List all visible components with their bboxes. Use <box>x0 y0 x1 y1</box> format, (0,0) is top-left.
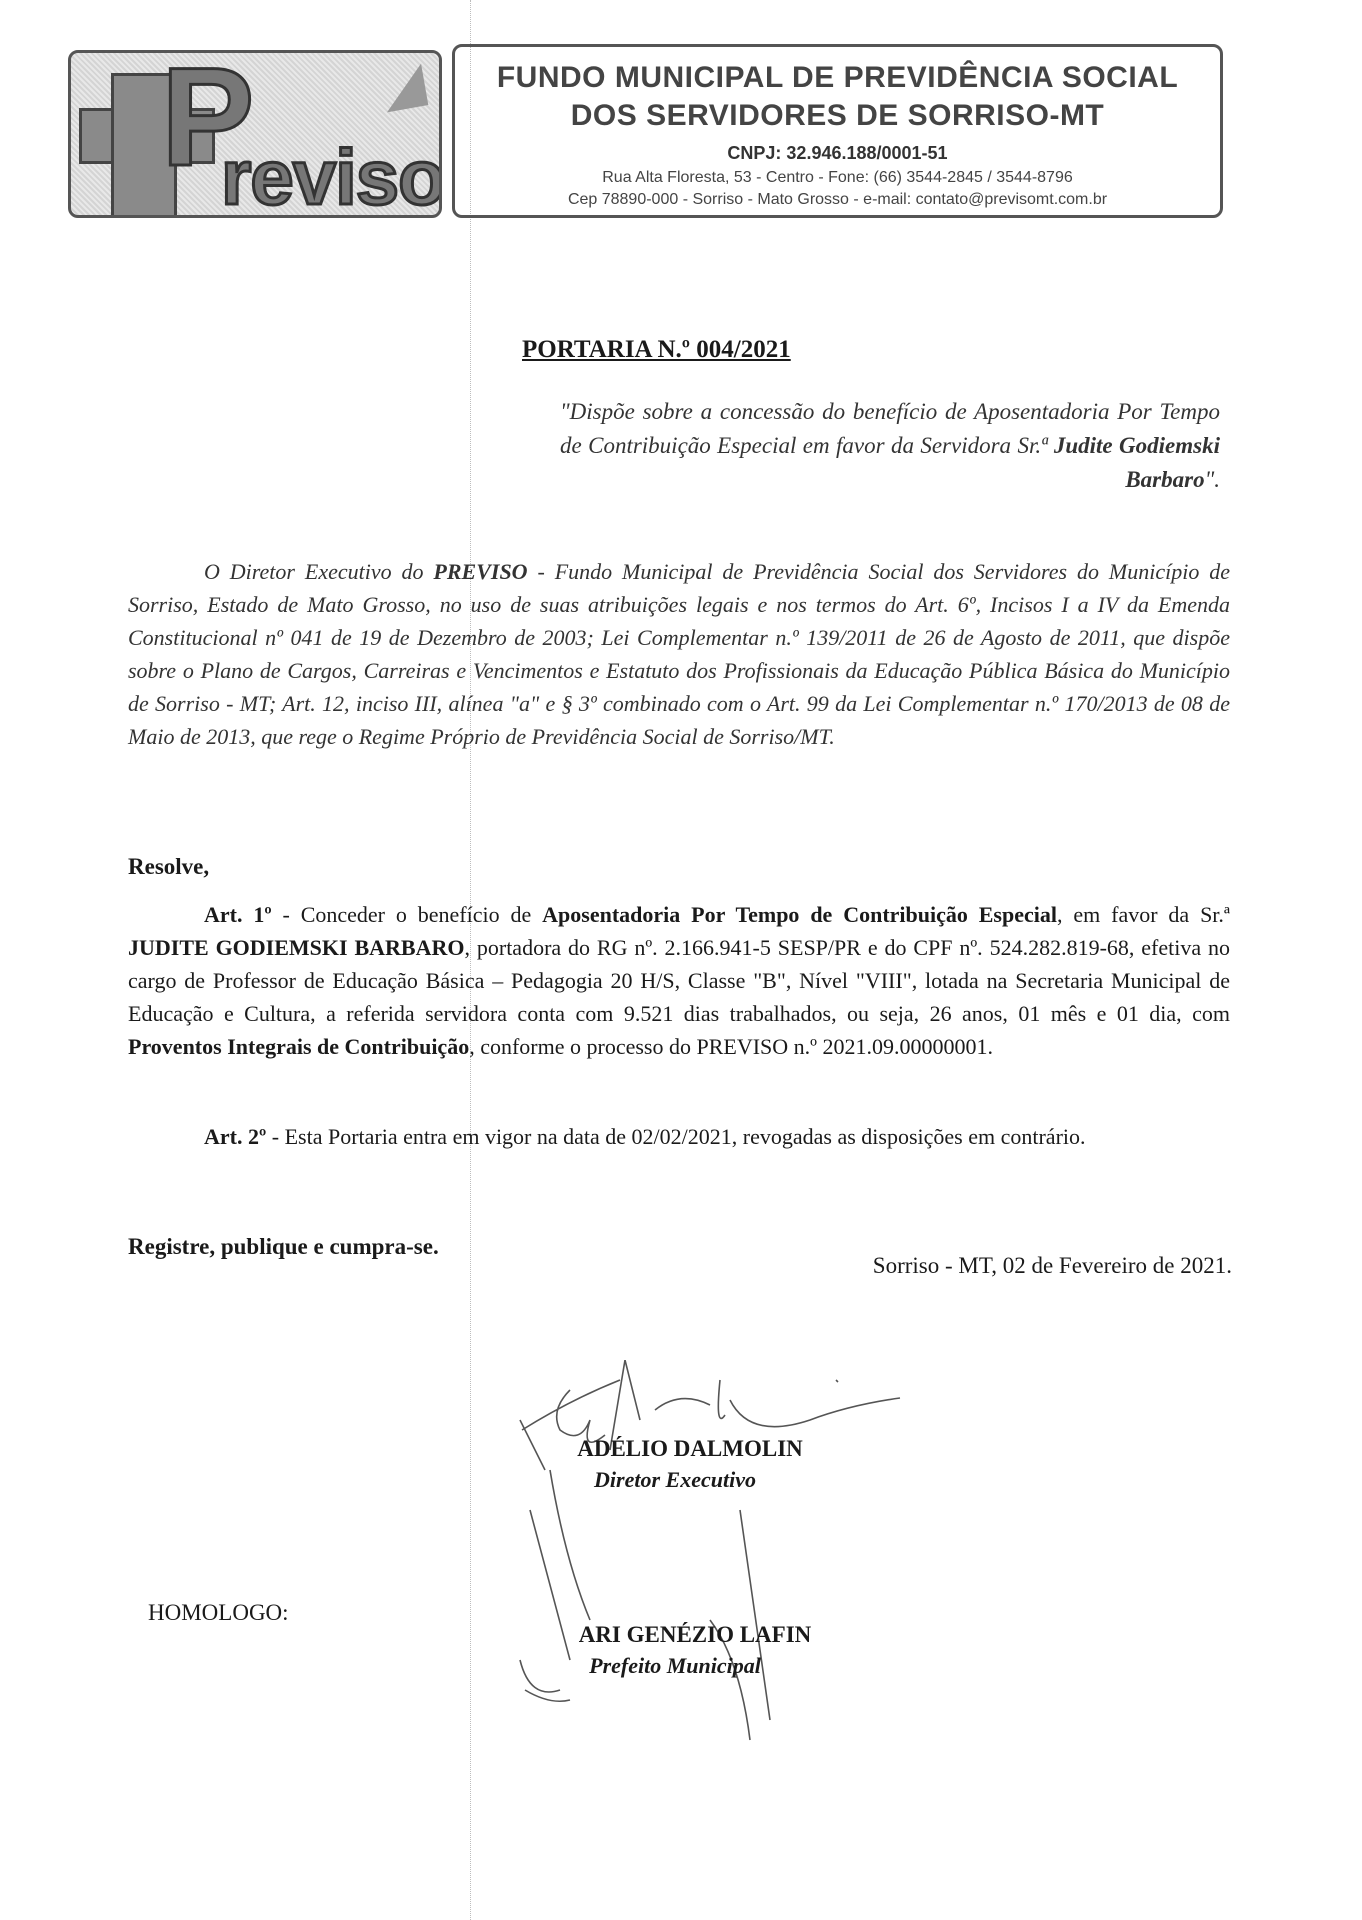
letterhead: FUNDO MUNICIPAL DE PREVIDÊNCIA SOCIAL DO… <box>452 44 1223 218</box>
org-name-line1: FUNDO MUNICIPAL DE PREVIDÊNCIA SOCIAL <box>455 61 1220 95</box>
ementa: "Dispõe sobre a concessão do benefício d… <box>560 395 1220 497</box>
ementa-suffix: ". <box>1205 467 1220 492</box>
preamble-paragraph: O Diretor Executivo do PREVISO - Fundo M… <box>128 555 1230 753</box>
document-title: PORTARIA N.º 004/2021 <box>522 336 791 364</box>
dateline: Sorriso - MT, 02 de Fevereiro de 2021. <box>873 1253 1232 1279</box>
signer-1-role: Diretor Executivo <box>540 1467 810 1493</box>
logo-arrow-icon <box>380 64 429 113</box>
article-1-text-a: - Conceder o benefício de <box>272 902 543 927</box>
article-1-beneficiary: JUDITE GODIEMSKI BARBARO <box>128 935 464 960</box>
article-1-text-b: , em favor da Sr.ª <box>1057 902 1230 927</box>
article-2-label: Art. 2º <box>204 1124 266 1149</box>
signer-2-name: ARI GENÉZIO LAFIN <box>540 1622 850 1648</box>
article-1-label: Art. 1º <box>204 902 272 927</box>
article-1-benefit: Aposentadoria Por Tempo de Contribuição … <box>542 902 1057 927</box>
org-cep-email: Cep 78890-000 - Sorriso - Mato Grosso - … <box>455 191 1220 209</box>
signer-2-role: Prefeito Municipal <box>540 1653 810 1679</box>
previso-logo: P reviso <box>68 50 442 218</box>
org-address: Rua Alta Floresta, 53 - Centro - Fone: (… <box>455 169 1220 187</box>
article-1: Art. 1º - Conceder o benefício de Aposen… <box>128 898 1230 1063</box>
handwritten-signatures <box>510 1360 910 1780</box>
article-2-text: - Esta Portaria entra em vigor na data d… <box>266 1124 1085 1149</box>
org-name-line2: DOS SERVIDORES DE SORRISO-MT <box>455 99 1220 133</box>
article-1-proventos: Proventos Integrais de Contribuição <box>128 1034 469 1059</box>
homologo-label: HOMOLOGO: <box>148 1600 289 1626</box>
org-cnpj: CNPJ: 32.946.188/0001-51 <box>455 143 1220 164</box>
preamble-lead: O Diretor Executivo do <box>204 559 433 584</box>
resolve-heading: Resolve, <box>128 850 1230 883</box>
logo-wordmark: reviso <box>221 138 442 216</box>
article-1-text-d: , conforme o processo do PREVISO n.º 202… <box>469 1034 993 1059</box>
ementa-beneficiary-name: Judite Godiemski Barbaro <box>1054 433 1220 492</box>
preamble-org: PREVISO <box>433 559 527 584</box>
preamble-body: - Fundo Municipal de Previdência Social … <box>128 559 1230 749</box>
article-2: Art. 2º - Esta Portaria entra em vigor n… <box>128 1120 1230 1153</box>
signer-1-name: ADÉLIO DALMOLIN <box>540 1436 840 1462</box>
